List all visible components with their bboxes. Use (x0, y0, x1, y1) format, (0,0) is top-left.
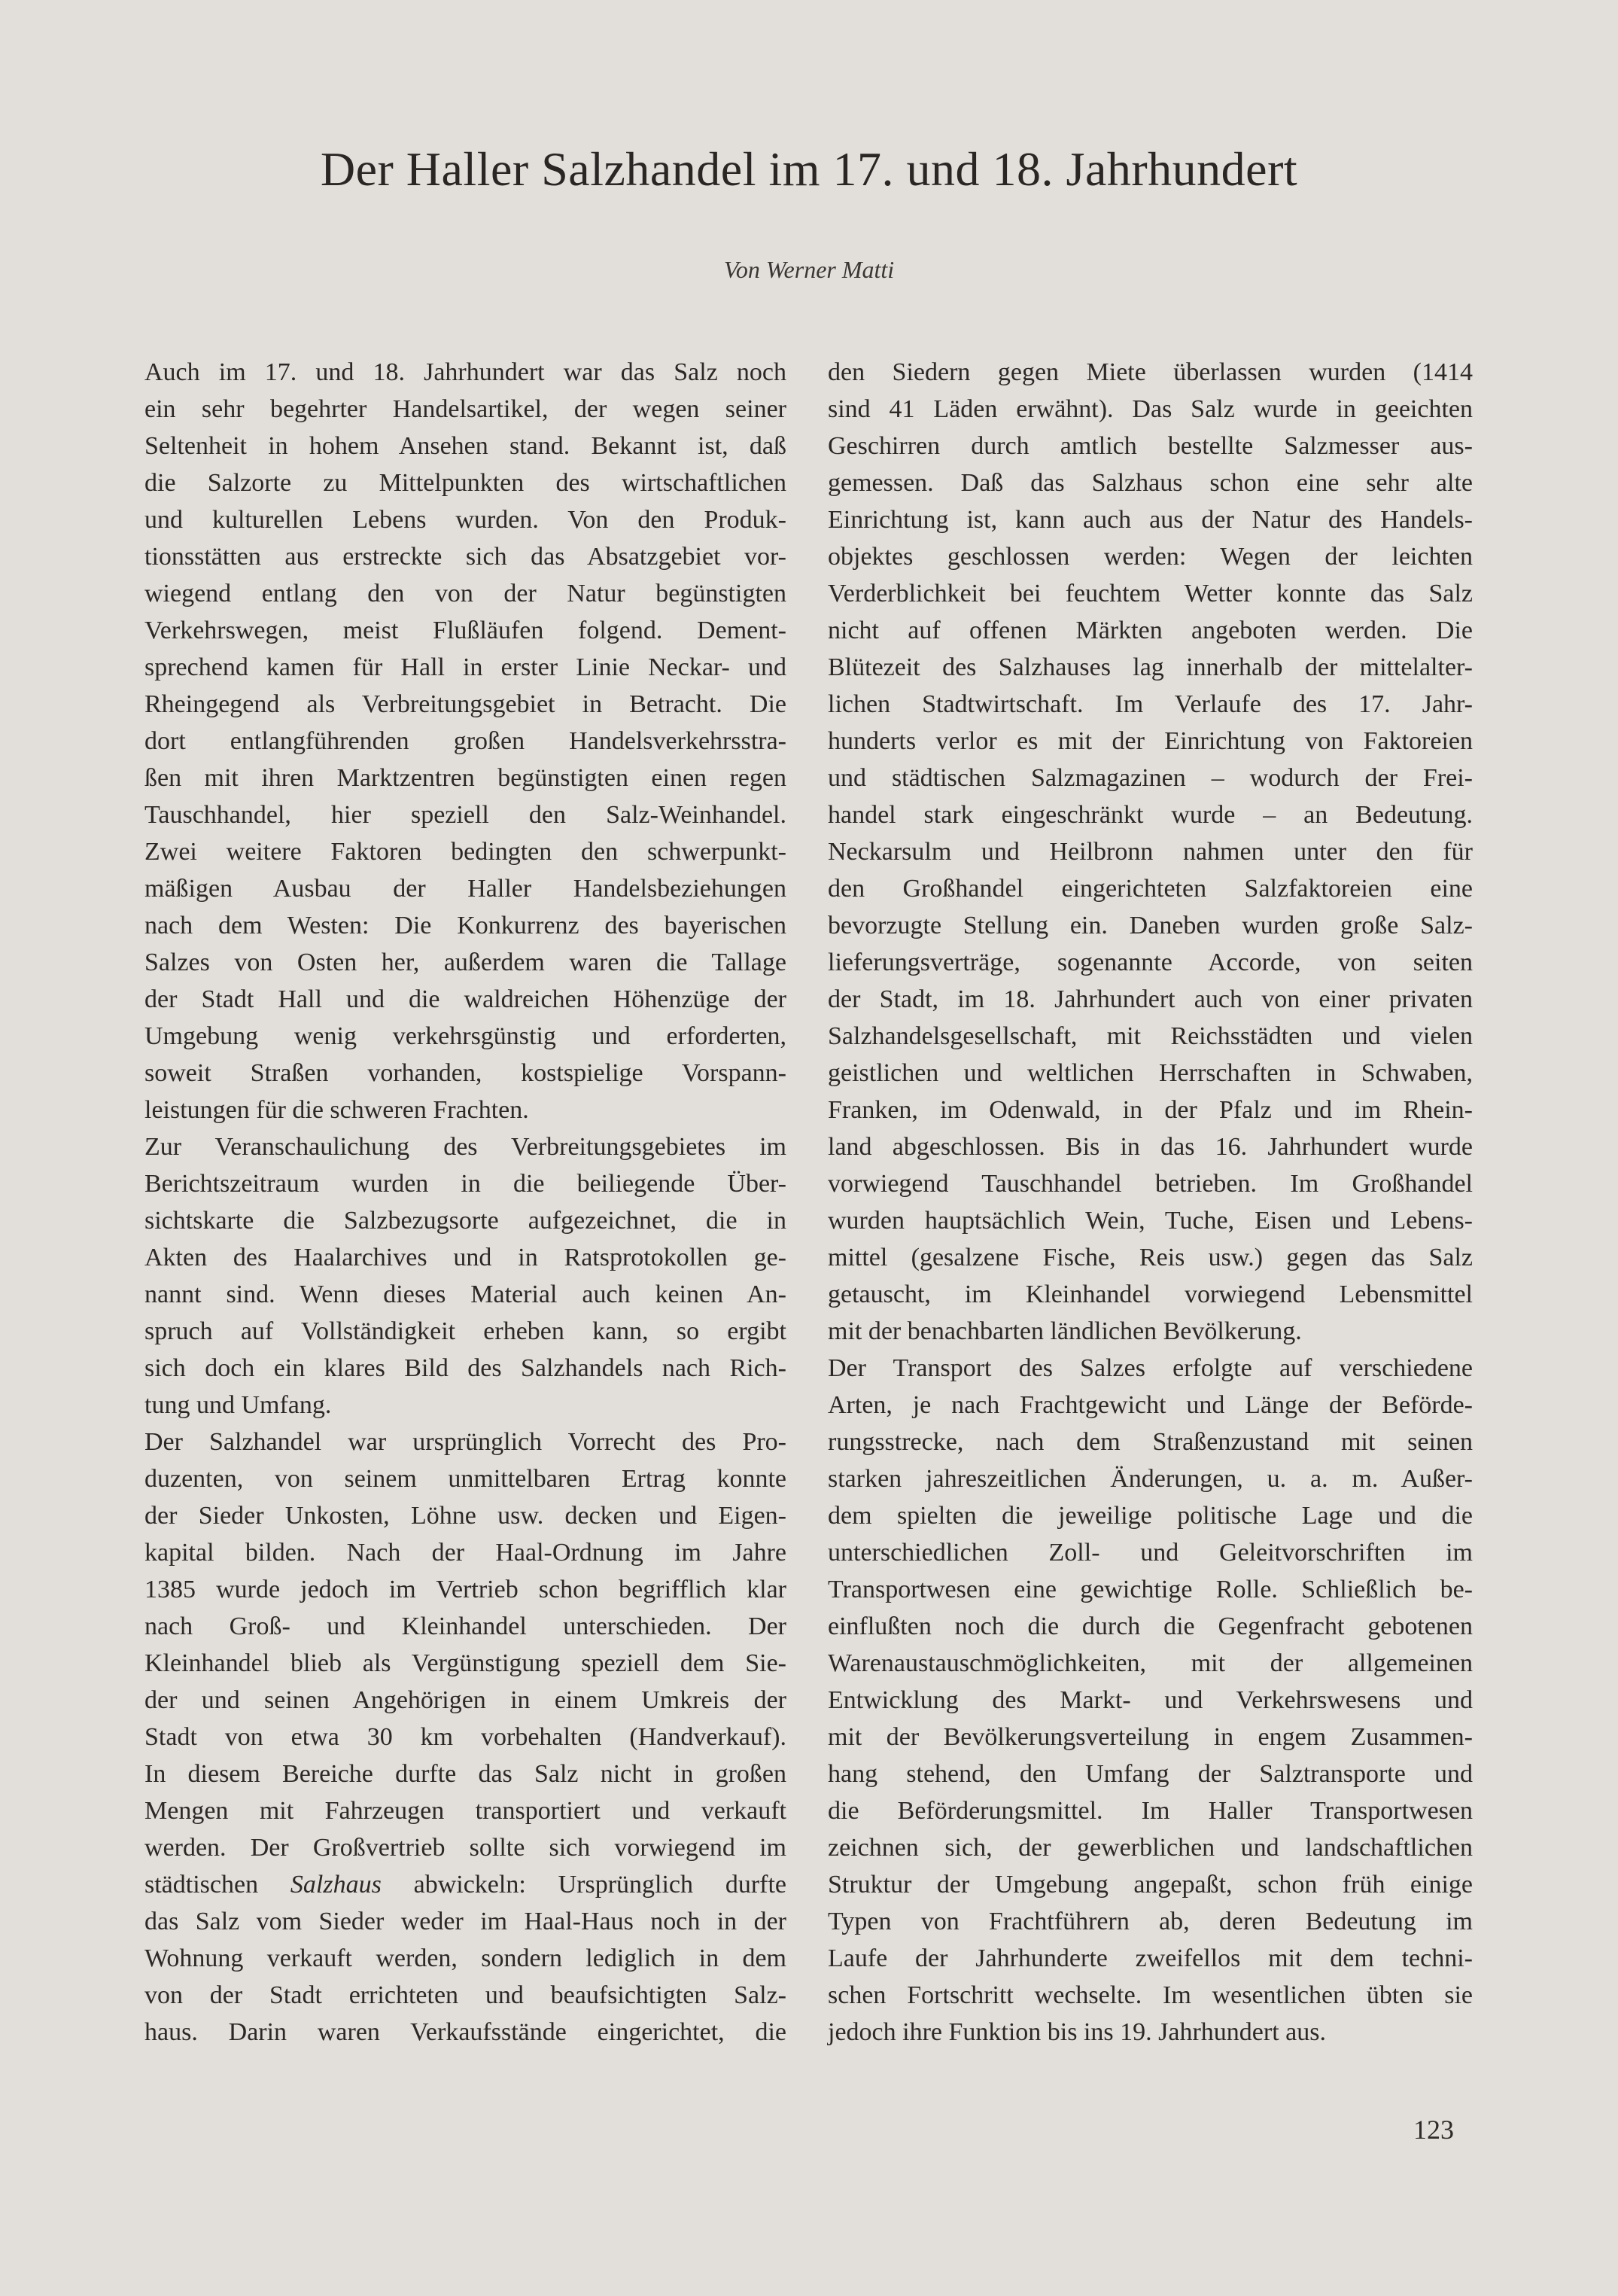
text-line: starken jahreszeitlichen Änderungen, u. … (828, 1460, 1473, 1497)
text-line-content: schen Fortschritt wechselte. Im wesentli… (828, 1977, 1473, 2014)
text-line-content: dem spielten die jeweilige politische La… (828, 1497, 1473, 1534)
text-line-content: In diesem Bereiche durfte das Salz nicht… (144, 1755, 786, 1792)
text-line: Geschirren durch amtlich bestellte Salzm… (828, 428, 1473, 464)
text-line: dort entlangführenden großen Handelsverk… (144, 723, 786, 760)
text-line-content: lieferungsverträge, sogenannte Accorde, … (828, 944, 1473, 981)
text-line: handel stark eingeschränkt wurde – an Be… (828, 796, 1473, 833)
text-line-content: objektes geschlossen werden: Wegen der l… (828, 538, 1473, 575)
text-line: den Großhandel eingerichteten Salzfaktor… (828, 870, 1473, 907)
text-line: der und seinen Angehörigen in einem Umkr… (144, 1682, 786, 1719)
text-line-content: land abgeschlossen. Bis in das 16. Jahrh… (828, 1128, 1473, 1165)
text-line-content: Entwicklung des Markt- und Verkehrswesen… (828, 1682, 1473, 1719)
author-byline: Von Werner Matti (0, 256, 1618, 284)
text-line-content: Laufe der Jahrhunderte zweifellos mit de… (828, 1940, 1473, 1977)
text-line: lichen Stadtwirtschaft. Im Verlaufe des … (828, 686, 1473, 723)
text-line: ßen mit ihren Marktzentren begünstigten … (144, 760, 786, 796)
text-line: ein sehr begehrter Handelsartikel, der w… (144, 391, 786, 428)
text-line: Arten, je nach Frachtgewicht und Länge d… (828, 1387, 1473, 1424)
text-line-content: mit der Bevölkerungsverteilung in engem … (828, 1719, 1473, 1755)
text-line-content: den Großhandel eingerichteten Salzfaktor… (828, 870, 1473, 907)
text-line: Kleinhandel blieb als Vergünstigung spez… (144, 1645, 786, 1682)
text-line-content: Verderblichkeit bei feuchtem Wetter konn… (828, 575, 1473, 612)
text-line: Der Salzhandel war ursprünglich Vorrecht… (144, 1424, 786, 1460)
text-line-content: wiegend entlang den von der Natur begüns… (144, 575, 786, 612)
text-line-content: sind 41 Läden erwähnt). Das Salz wurde i… (828, 391, 1473, 428)
text-line-content: Warenaustauschmöglichkeiten, mit der all… (828, 1645, 1473, 1682)
text-line-content: Stadt von etwa 30 km vorbehalten (Handve… (144, 1719, 786, 1755)
text-line-content: wurden hauptsächlich Wein, Tuche, Eisen … (828, 1202, 1473, 1239)
text-line: den Siedern gegen Miete überlassen wurde… (828, 354, 1473, 391)
text-line: schen Fortschritt wechselte. Im wesentli… (828, 1977, 1473, 2014)
text-line: Franken, im Odenwald, in der Pfalz und i… (828, 1092, 1473, 1128)
text-line: Blütezeit des Salzhauses lag innerhalb d… (828, 649, 1473, 686)
text-line-content: den Siedern gegen Miete überlassen wurde… (828, 354, 1473, 391)
text-line-content: sichtskarte die Salzbezugsorte aufgezeic… (144, 1202, 786, 1239)
text-line-content: lichen Stadtwirtschaft. Im Verlaufe des … (828, 686, 1473, 723)
text-line-content: vorwiegend Tauschhandel betrieben. Im Gr… (828, 1165, 1473, 1202)
text-line-content: die Beförderungsmittel. Im Haller Transp… (828, 1792, 1473, 1829)
text-line-content: der Stadt, im 18. Jahrhundert auch von e… (828, 981, 1473, 1018)
text-line: Auch im 17. und 18. Jahrhundert war das … (144, 354, 786, 391)
text-line-content: Kleinhandel blieb als Vergünstigung spez… (144, 1645, 786, 1682)
text-line: Entwicklung des Markt- und Verkehrswesen… (828, 1682, 1473, 1719)
text-line: wiegend entlang den von der Natur begüns… (144, 575, 786, 612)
text-line: Mengen mit Fahrzeugen transportiert und … (144, 1792, 786, 1829)
text-line-content: und städtischen Salzmagazinen – wodurch … (828, 760, 1473, 796)
text-column-right: den Siedern gegen Miete überlassen wurde… (828, 354, 1473, 2051)
text-line: land abgeschlossen. Bis in das 16. Jahrh… (828, 1128, 1473, 1165)
text-line-content: und kulturellen Lebens wurden. Von den P… (144, 501, 786, 538)
text-line-content: jedoch ihre Funktion bis ins 19. Jahrhun… (828, 2014, 1473, 2051)
text-line: der Stadt Hall und die waldreichen Höhen… (144, 981, 786, 1018)
text-line-content: Zwei weitere Faktoren bedingten den schw… (144, 833, 786, 870)
text-line-content: Geschirren durch amtlich bestellte Salzm… (828, 428, 1473, 464)
text-line-content: Tauschhandel, hier speziell den Salz-Wei… (144, 796, 786, 833)
text-line: Struktur der Umgebung angepaßt, schon fr… (828, 1866, 1473, 1903)
text-line: sichtskarte die Salzbezugsorte aufgezeic… (144, 1202, 786, 1239)
text-line: werden. Der Großvertrieb sollte sich vor… (144, 1829, 786, 1866)
text-line: hunderts verlor es mit der Einrichtung v… (828, 723, 1473, 760)
text-line-content: gemessen. Daß das Salzhaus schon eine se… (828, 464, 1473, 501)
text-line: Salzhandelsgesellschaft, mit Reichsstädt… (828, 1018, 1473, 1055)
text-line: Warenaustauschmöglichkeiten, mit der all… (828, 1645, 1473, 1682)
text-line-content: sich doch ein klares Bild des Salzhandel… (144, 1350, 786, 1387)
text-line-content: spruch auf Vollständigkeit erheben kann,… (144, 1313, 786, 1350)
text-line-content: Neckarsulm und Heilbronn nahmen unter de… (828, 833, 1473, 870)
text-line: die Salzorte zu Mittelpunkten des wirtsc… (144, 464, 786, 501)
page-number: 123 (1413, 2114, 1454, 2145)
text-line: der Sieder Unkosten, Löhne usw. decken u… (144, 1497, 786, 1534)
text-line-content: tionsstätten aus erstreckte sich das Abs… (144, 538, 786, 575)
text-line: mit der Bevölkerungsverteilung in engem … (828, 1719, 1473, 1755)
text-line-content: dort entlangführenden großen Handelsverk… (144, 723, 786, 760)
text-line-content: nach Groß- und Kleinhandel unterschieden… (144, 1608, 786, 1645)
text-line: Zur Veranschaulichung des Verbreitungsge… (144, 1128, 786, 1165)
text-line: In diesem Bereiche durfte das Salz nicht… (144, 1755, 786, 1792)
text-line: getauscht, im Kleinhandel vorwiegend Leb… (828, 1276, 1473, 1313)
text-line: tionsstätten aus erstreckte sich das Abs… (144, 538, 786, 575)
text-line: Transportwesen eine gewichtige Rolle. Sc… (828, 1571, 1473, 1608)
text-line-content: getauscht, im Kleinhandel vorwiegend Leb… (828, 1276, 1473, 1313)
text-line: Zwei weitere Faktoren bedingten den schw… (144, 833, 786, 870)
text-line: Berichtszeitraum wurden in die beiliegen… (144, 1165, 786, 1202)
text-line-content: die Salzorte zu Mittelpunkten des wirtsc… (144, 464, 786, 501)
text-line-content: Salzhandelsgesellschaft, mit Reichsstädt… (828, 1018, 1473, 1055)
text-line-content: der Sieder Unkosten, Löhne usw. decken u… (144, 1497, 786, 1534)
text-line-content: duzenten, von seinem unmittelbaren Ertra… (144, 1460, 786, 1497)
text-line: geistlichen und weltlichen Herrschaften … (828, 1055, 1473, 1092)
emphasis: Salzhaus (290, 1871, 382, 1899)
text-line-content: sprechend kamen für Hall in erster Linie… (144, 649, 786, 686)
text-line: Salzes von Osten her, außerdem waren die… (144, 944, 786, 981)
text-line-content: Blütezeit des Salzhauses lag innerhalb d… (828, 649, 1473, 686)
text-line-content: Seltenheit in hohem Ansehen stand. Bekan… (144, 428, 786, 464)
text-line: städtischen Salzhaus abwickeln: Ursprüng… (144, 1866, 786, 1903)
text-line-content: handel stark eingeschränkt wurde – an Be… (828, 796, 1473, 833)
text-line-content: das Salz vom Sieder weder im Haal-Haus n… (144, 1903, 786, 1940)
text-line: haus. Darin waren Verkaufsstände eingeri… (144, 2014, 786, 2051)
text-line: leistungen für die schweren Frachten. (144, 1092, 786, 1128)
text-line-content: tung und Umfang. (144, 1387, 786, 1424)
text-line-content: soweit Straßen vorhanden, kostspielige V… (144, 1055, 786, 1092)
text-line-content: Wohnung verkauft werden, sondern ledigli… (144, 1940, 786, 1977)
text-line: lieferungsverträge, sogenannte Accorde, … (828, 944, 1473, 981)
text-line: Umgebung wenig verkehrsgünstig und erfor… (144, 1018, 786, 1055)
text-line-content: leistungen für die schweren Frachten. (144, 1092, 786, 1128)
text-line-content: ein sehr begehrter Handelsartikel, der w… (144, 391, 786, 428)
text-line: kapital bilden. Nach der Haal-Ordnung im… (144, 1534, 786, 1571)
text-line-content: rungsstrecke, nach dem Straßenzustand mi… (828, 1424, 1473, 1460)
text-line-content: haus. Darin waren Verkaufsstände eingeri… (144, 2014, 786, 2051)
text-line: sich doch ein klares Bild des Salzhandel… (144, 1350, 786, 1387)
text-line-content: hang stehend, den Umfang der Salztranspo… (828, 1755, 1473, 1792)
text-line: sind 41 Läden erwähnt). Das Salz wurde i… (828, 391, 1473, 428)
text-line: spruch auf Vollständigkeit erheben kann,… (144, 1313, 786, 1350)
text-line: Seltenheit in hohem Ansehen stand. Bekan… (144, 428, 786, 464)
text-line-content: mittel (gesalzene Fische, Reis usw.) geg… (828, 1239, 1473, 1276)
text-line-content: von der Stadt errichteten und beaufsicht… (144, 1977, 786, 2014)
text-line-content: hunderts verlor es mit der Einrichtung v… (828, 723, 1473, 760)
text-line: vorwiegend Tauschhandel betrieben. Im Gr… (828, 1165, 1473, 1202)
text-line-content: Der Transport des Salzes erfolgte auf ve… (828, 1350, 1473, 1387)
text-line-content: nannt sind. Wenn dieses Material auch ke… (144, 1276, 786, 1313)
text-line-content: Arten, je nach Frachtgewicht und Länge d… (828, 1387, 1473, 1424)
text-line-content: Akten des Haalarchives und in Ratsprotok… (144, 1239, 786, 1276)
text-line: wurden hauptsächlich Wein, Tuche, Eisen … (828, 1202, 1473, 1239)
text-line: nach Groß- und Kleinhandel unterschieden… (144, 1608, 786, 1645)
text-line: Rheingegend als Verbreitungsgebiet in Be… (144, 686, 786, 723)
text-column-left: Auch im 17. und 18. Jahrhundert war das … (144, 354, 786, 2051)
text-line: Akten des Haalarchives und in Ratsprotok… (144, 1239, 786, 1276)
text-line-content: Berichtszeitraum wurden in die beiliegen… (144, 1165, 786, 1202)
text-line: das Salz vom Sieder weder im Haal-Haus n… (144, 1903, 786, 1940)
text-line-content: mit der benachbarten ländlichen Bevölker… (828, 1313, 1473, 1350)
text-line-content: Franken, im Odenwald, in der Pfalz und i… (828, 1092, 1473, 1128)
text-line: dem spielten die jeweilige politische La… (828, 1497, 1473, 1534)
text-line-content: Verkehrswegen, meist Flußläufen folgend.… (144, 612, 786, 649)
text-line: mäßigen Ausbau der Haller Handelsbeziehu… (144, 870, 786, 907)
text-line-content: werden. Der Großvertrieb sollte sich vor… (144, 1829, 786, 1866)
text-line: Laufe der Jahrhunderte zweifellos mit de… (828, 1940, 1473, 1977)
text-line-content: Zur Veranschaulichung des Verbreitungsge… (144, 1128, 786, 1165)
text-line: soweit Straßen vorhanden, kostspielige V… (144, 1055, 786, 1092)
text-line: tung und Umfang. (144, 1387, 786, 1424)
text-line-content: zeichnen sich, der gewerblichen und land… (828, 1829, 1473, 1866)
page-title: Der Haller Salzhandel im 17. und 18. Jah… (0, 142, 1618, 197)
text-line-content: geistlichen und weltlichen Herrschaften … (828, 1055, 1473, 1092)
text-line: nicht auf offenen Märkten angeboten werd… (828, 612, 1473, 649)
text-line-content: bevorzugte Stellung ein. Daneben wurden … (828, 907, 1473, 944)
text-line: mit der benachbarten ländlichen Bevölker… (828, 1313, 1473, 1350)
text-line: die Beförderungsmittel. Im Haller Transp… (828, 1792, 1473, 1829)
text-line-content: unterschiedlichen Zoll- und Geleitvorsch… (828, 1534, 1473, 1571)
text-line: Typen von Frachtführern ab, deren Bedeut… (828, 1903, 1473, 1940)
text-line-content: kapital bilden. Nach der Haal-Ordnung im… (144, 1534, 786, 1571)
text-line: Tauschhandel, hier speziell den Salz-Wei… (144, 796, 786, 833)
text-line: objektes geschlossen werden: Wegen der l… (828, 538, 1473, 575)
text-line: nach dem Westen: Die Konkurrenz des baye… (144, 907, 786, 944)
text-line: Stadt von etwa 30 km vorbehalten (Handve… (144, 1719, 786, 1755)
text-line-content: Salzes von Osten her, außerdem waren die… (144, 944, 786, 981)
text-line: Einrichtung ist, kann auch aus der Natur… (828, 501, 1473, 538)
text-line-content: Einrichtung ist, kann auch aus der Natur… (828, 501, 1473, 538)
text-line: Neckarsulm und Heilbronn nahmen unter de… (828, 833, 1473, 870)
text-line: der Stadt, im 18. Jahrhundert auch von e… (828, 981, 1473, 1018)
text-line-content: Mengen mit Fahrzeugen transportiert und … (144, 1792, 786, 1829)
text-line: Der Transport des Salzes erfolgte auf ve… (828, 1350, 1473, 1387)
text-line-content: Transportwesen eine gewichtige Rolle. Sc… (828, 1571, 1473, 1608)
text-line: bevorzugte Stellung ein. Daneben wurden … (828, 907, 1473, 944)
text-line-content: nach dem Westen: Die Konkurrenz des baye… (144, 907, 786, 944)
text-line: sprechend kamen für Hall in erster Linie… (144, 649, 786, 686)
text-line-content: starken jahreszeitlichen Änderungen, u. … (828, 1460, 1473, 1497)
text-line: Verderblichkeit bei feuchtem Wetter konn… (828, 575, 1473, 612)
text-line: duzenten, von seinem unmittelbaren Ertra… (144, 1460, 786, 1497)
text-line: Wohnung verkauft werden, sondern ledigli… (144, 1940, 786, 1977)
text-line: einflußten noch die durch die Gegenfrach… (828, 1608, 1473, 1645)
text-line-content: Umgebung wenig verkehrsgünstig und erfor… (144, 1018, 786, 1055)
text-line: und städtischen Salzmagazinen – wodurch … (828, 760, 1473, 796)
text-line: gemessen. Daß das Salzhaus schon eine se… (828, 464, 1473, 501)
text-line: unterschiedlichen Zoll- und Geleitvorsch… (828, 1534, 1473, 1571)
text-line-content: Auch im 17. und 18. Jahrhundert war das … (144, 354, 786, 391)
text-line: rungsstrecke, nach dem Straßenzustand mi… (828, 1424, 1473, 1460)
text-line: 1385 wurde jedoch im Vertrieb schon begr… (144, 1571, 786, 1608)
text-line-content: einflußten noch die durch die Gegenfrach… (828, 1608, 1473, 1645)
text-line: nannt sind. Wenn dieses Material auch ke… (144, 1276, 786, 1313)
text-line-content: der Stadt Hall und die waldreichen Höhen… (144, 981, 786, 1018)
text-line-content: mäßigen Ausbau der Haller Handelsbeziehu… (144, 870, 786, 907)
text-line: von der Stadt errichteten und beaufsicht… (144, 1977, 786, 2014)
text-line: und kulturellen Lebens wurden. Von den P… (144, 501, 786, 538)
text-line-content: nicht auf offenen Märkten angeboten werd… (828, 612, 1473, 649)
text-line: jedoch ihre Funktion bis ins 19. Jahrhun… (828, 2014, 1473, 2051)
text-line-content: Rheingegend als Verbreitungsgebiet in Be… (144, 686, 786, 723)
text-line-content: städtischen Salzhaus abwickeln: Ursprüng… (144, 1866, 786, 1903)
text-line-content: Der Salzhandel war ursprünglich Vorrecht… (144, 1424, 786, 1460)
text-line-content: Typen von Frachtführern ab, deren Bedeut… (828, 1903, 1473, 1940)
text-line: hang stehend, den Umfang der Salztranspo… (828, 1755, 1473, 1792)
text-line: Verkehrswegen, meist Flußläufen folgend.… (144, 612, 786, 649)
text-line-content: Struktur der Umgebung angepaßt, schon fr… (828, 1866, 1473, 1903)
text-line: zeichnen sich, der gewerblichen und land… (828, 1829, 1473, 1866)
text-line-content: ßen mit ihren Marktzentren begünstigten … (144, 760, 786, 796)
text-line-content: 1385 wurde jedoch im Vertrieb schon begr… (144, 1571, 786, 1608)
text-line: mittel (gesalzene Fische, Reis usw.) geg… (828, 1239, 1473, 1276)
text-line-content: der und seinen Angehörigen in einem Umkr… (144, 1682, 786, 1719)
